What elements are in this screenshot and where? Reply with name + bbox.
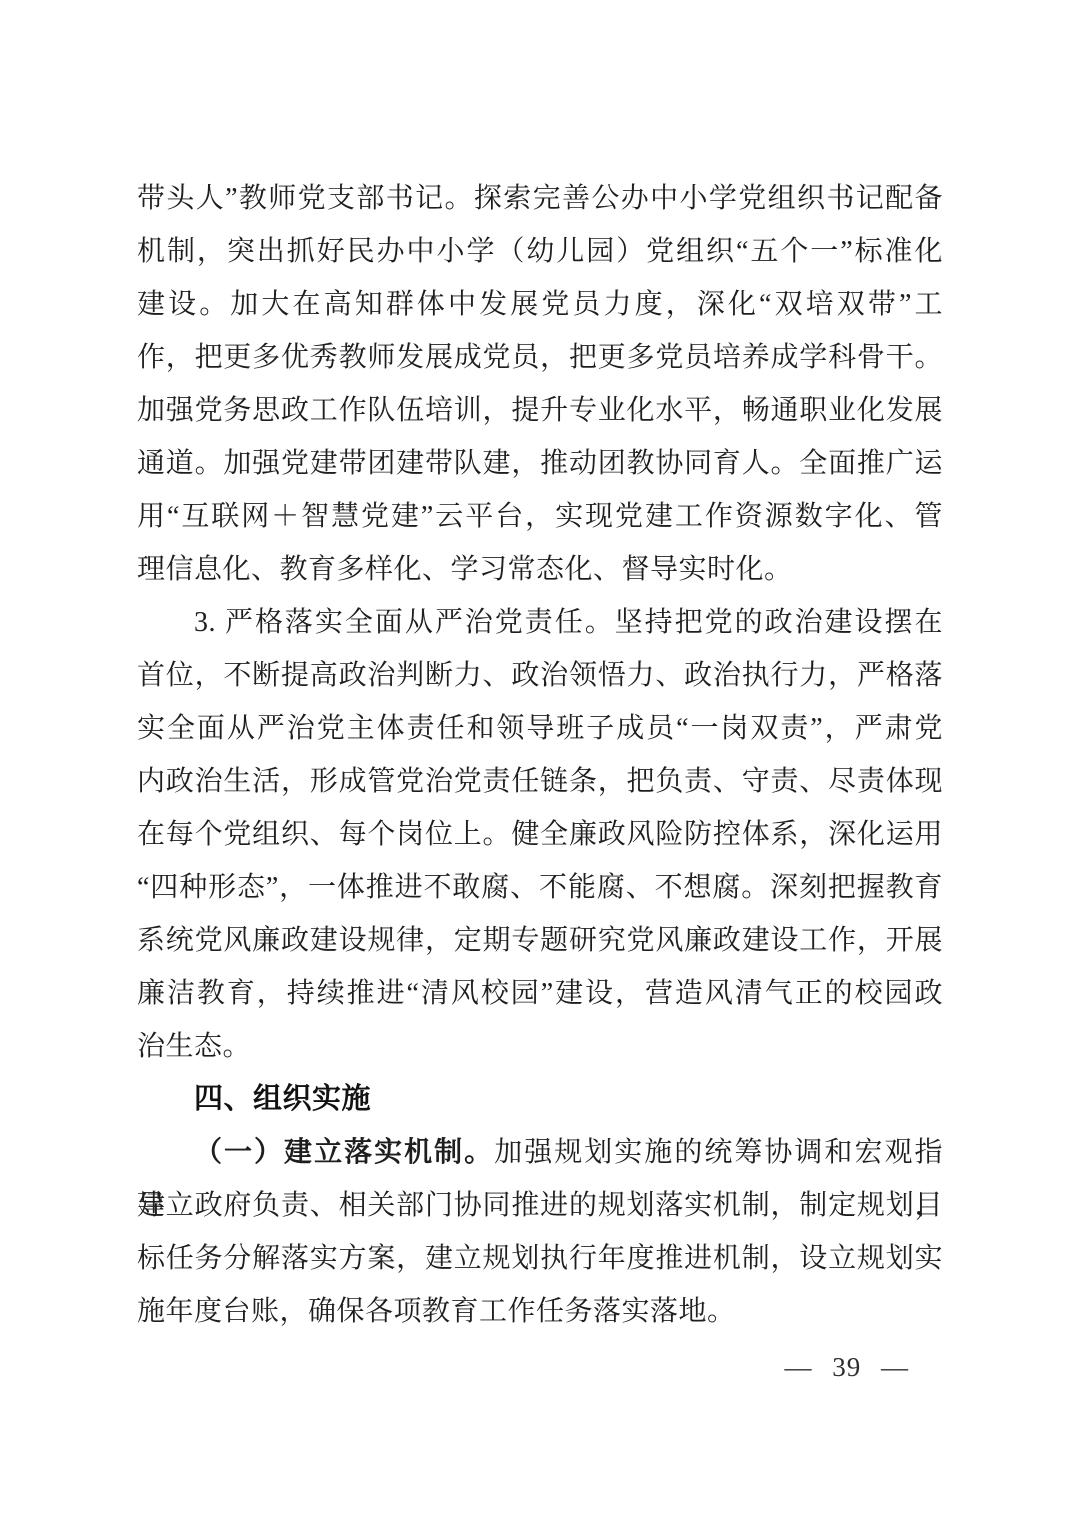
body-text-line: 系统党风廉政建设规律，定期专题研究党风廉政建设工作，开展 xyxy=(137,914,943,967)
body-text-line: （一）建立落实机制。加强规划实施的统筹协调和宏观指导， xyxy=(137,1126,943,1179)
body-text-line: “四种形态”，一体推进不敢腐、不能腐、不想腐。深刻把握教育 xyxy=(137,861,943,914)
body-text-line: 机制，突出抓好民办中小学（幼儿园）党组织“五个一”标准化 xyxy=(137,225,943,278)
body-text-line: 用“互联网＋智慧党建”云平台，实现党建工作资源数字化、管 xyxy=(137,490,943,543)
body-text-line: 内政治生活，形成管党治党责任链条，把负责、守责、尽责体现 xyxy=(137,755,943,808)
body-text-line: 建立政府负责、相关部门协同推进的规划落实机制，制定规划目 xyxy=(137,1179,943,1232)
body-text-line: 在每个党组织、每个岗位上。健全廉政风险防控体系，深化运用 xyxy=(137,808,943,861)
document-body: 带头人”教师党支部书记。探索完善公办中小学党组织书记配备 机制，突出抓好民办中小… xyxy=(137,172,943,1338)
body-text-line: 实全面从严治党主体责任和领导班子成员“一岗双责”，严肃党 xyxy=(137,702,943,755)
body-text-line: 标任务分解落实方案，建立规划执行年度推进机制，设立规划实 xyxy=(137,1232,943,1285)
body-text-line: 3. 严格落实全面从严治党责任。坚持把党的政治建设摆在 xyxy=(137,596,943,649)
body-text-line: 治生态。 xyxy=(137,1020,943,1073)
body-text-line: 建设。加大在高知群体中发展党员力度，深化“双培双带”工 xyxy=(137,278,943,331)
body-text-line: 作，把更多优秀教师发展成党员，把更多党员培养成学科骨干。 xyxy=(137,331,943,384)
body-text-line: 加强党务思政工作队伍培训，提升专业化水平，畅通职业化发展 xyxy=(137,384,943,437)
body-text-line: 通道。加强党建带团建带队建，推动团教协同育人。全面推广运 xyxy=(137,437,943,490)
page-number: — 39 — xyxy=(785,1350,910,1384)
body-text-line: 带头人”教师党支部书记。探索完善公办中小学党组织书记配备 xyxy=(137,172,943,225)
paragraph-lead-bold: （一）建立落实机制。 xyxy=(194,1137,494,1168)
body-text-line: 理信息化、教育多样化、学习常态化、督导实时化。 xyxy=(137,543,943,596)
body-text-line: 首位，不断提高政治判断力、政治领悟力、政治执行力，严格落 xyxy=(137,649,943,702)
body-text-line: 施年度台账，确保各项教育工作任务落实落地。 xyxy=(137,1285,943,1338)
section-heading: 四、组织实施 xyxy=(137,1073,943,1126)
document-page: 带头人”教师党支部书记。探索完善公办中小学党组织书记配备 机制，突出抓好民办中小… xyxy=(0,0,1074,1520)
body-text-line: 廉洁教育，持续推进“清风校园”建设，营造风清气正的校园政 xyxy=(137,967,943,1020)
